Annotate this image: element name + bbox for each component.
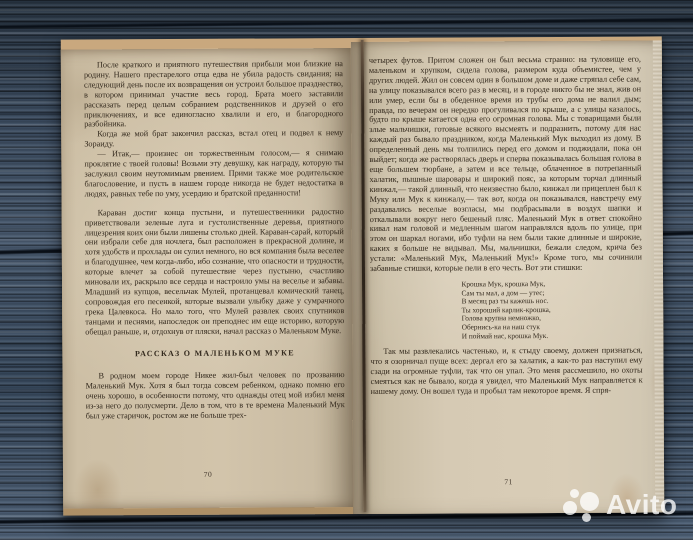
paragraph: Так мы развлекались частенько, и, к стыд… <box>370 346 642 397</box>
paragraph: Караван достиг конца пустыни, и путешест… <box>85 207 345 337</box>
logo-circle <box>563 501 577 515</box>
paragraph: После краткого и приятного путешествия п… <box>84 59 343 130</box>
watermark-text: Avito <box>606 491 677 519</box>
page-number-right: 71 <box>353 476 664 487</box>
avito-watermark: Avito <box>563 487 677 523</box>
book-page-left: После краткого и приятного путешествия п… <box>61 48 353 509</box>
logo-circle <box>582 513 591 522</box>
left-page-text: После краткого и приятного путешествия п… <box>61 48 353 421</box>
story-heading: РАССКАЗ О МАЛЕНЬКОМ МУКЕ <box>85 349 344 360</box>
book-page-right: четырех футов. Притом сложен он был весь… <box>351 40 664 514</box>
open-book: После краткого и приятного путешествия п… <box>61 36 664 515</box>
poem: Крошка Мук, крошка Мук, Сам ты мал, а до… <box>461 280 550 341</box>
book-photo: { "book": { "left_page": { "page_number"… <box>0 0 693 540</box>
poem-line: И поймай нас, крошка Мук. <box>462 332 551 341</box>
paragraph: Когда же мой брат закончил рассказ, вста… <box>84 128 343 149</box>
right-page-text: четырех футов. Притом сложен он был весь… <box>351 40 664 396</box>
wood-plank-gap <box>0 17 693 29</box>
logo-circle <box>570 489 579 498</box>
paragraph: В родном моем городе Никее жил-был челов… <box>85 370 344 421</box>
avito-logo-icon <box>563 487 599 523</box>
logo-circle <box>580 492 599 511</box>
paragraph: — Итак,— произнес он торжественным голос… <box>84 148 343 199</box>
paragraph: четырех футов. Притом сложен он был весь… <box>369 55 642 274</box>
page-number-left: 70 <box>63 469 353 480</box>
